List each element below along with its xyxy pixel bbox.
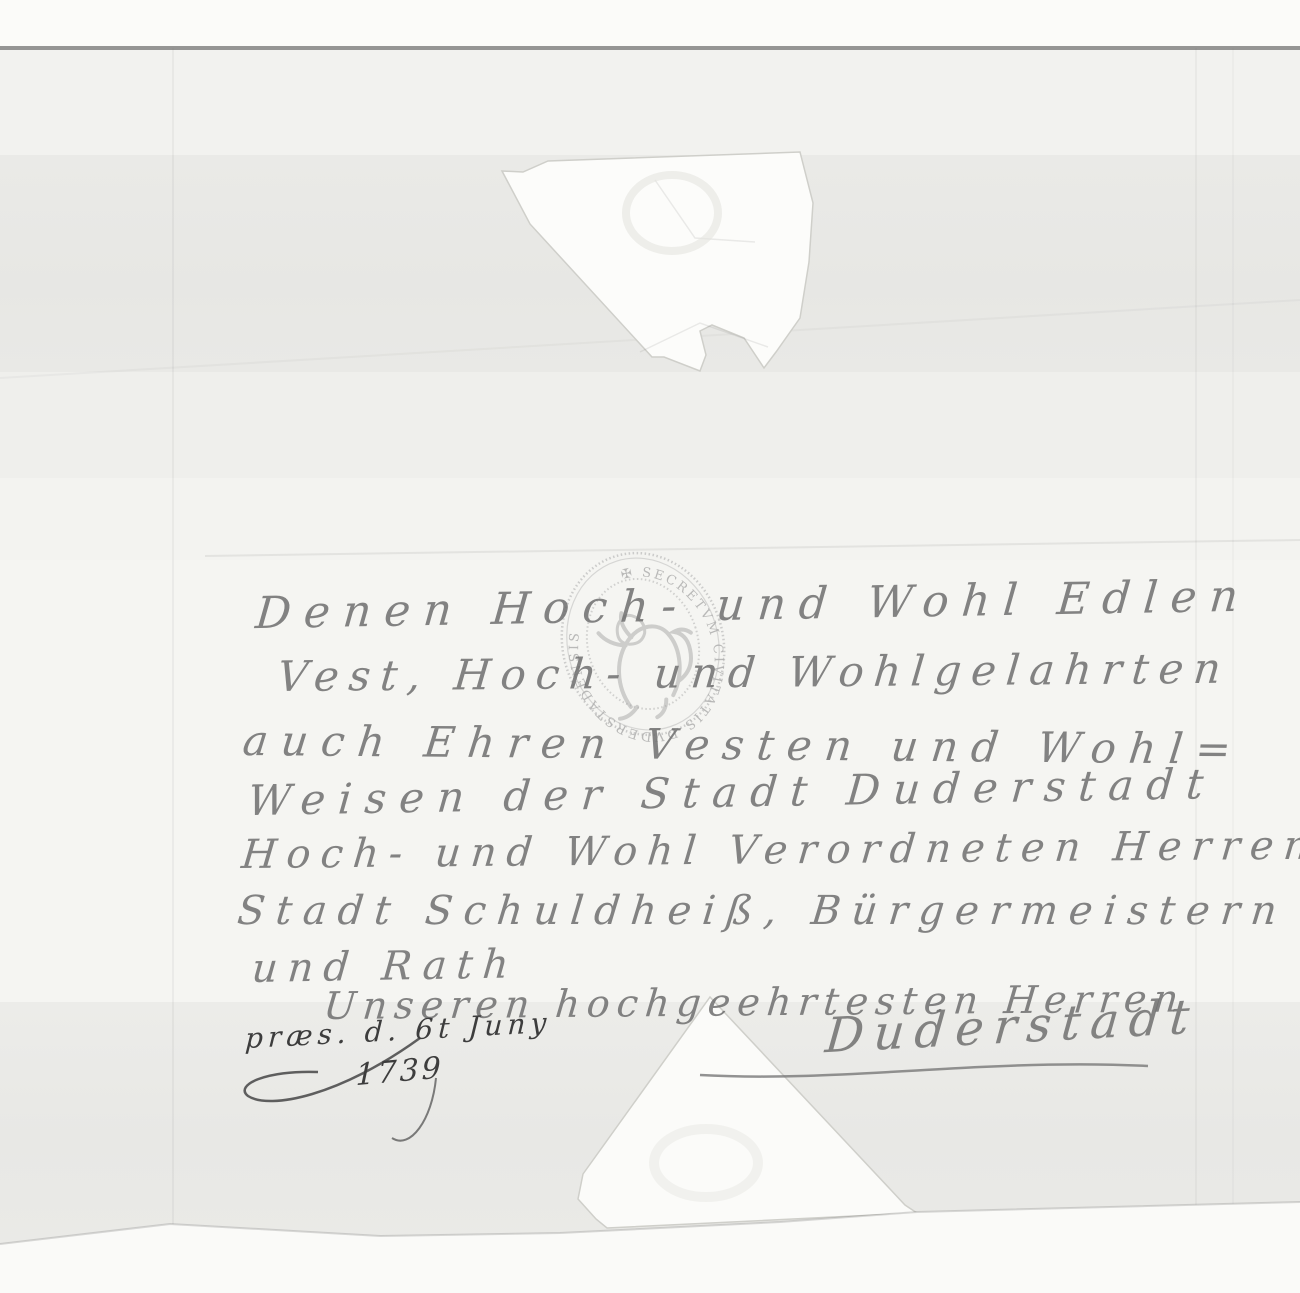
- scanned-letter-page: ✠ SECRETVM CIVITATIS DVDERSTADENSIS: [0, 0, 1300, 1293]
- paper-band-middle-2: [0, 478, 1300, 560]
- manuscript-line-6: Stadt Schuldheiß, Bürgermeistern: [235, 888, 1290, 934]
- right-edge-streak: [1232, 48, 1234, 1293]
- top-white-strip: [0, 0, 1300, 46]
- paper-band-middle-1: [0, 372, 1300, 478]
- manuscript-line-5: Hoch- und Wohl Verordneten Herren: [240, 823, 1300, 878]
- upper-fold-band: [0, 155, 1300, 372]
- paper-band-upper: [0, 50, 1300, 155]
- left-fold-line: [172, 48, 174, 1293]
- manuscript-line-2: Vest, Hoch- und Wohlgelahrten: [275, 644, 1233, 701]
